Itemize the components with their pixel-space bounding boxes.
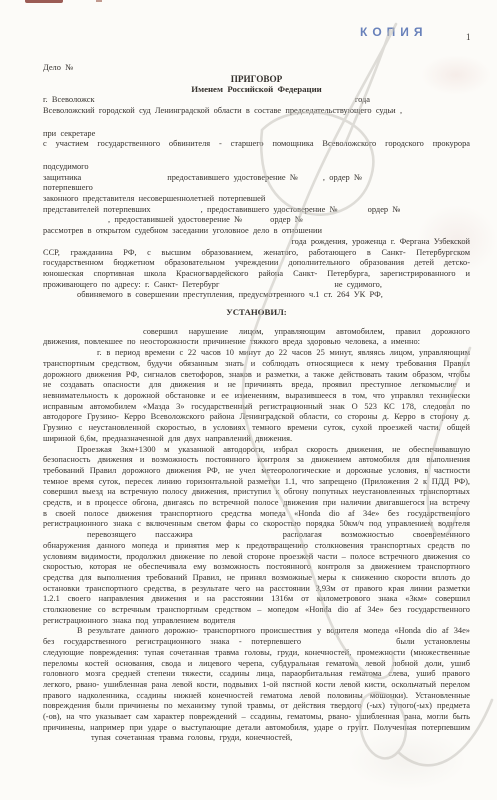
paragraph-violation-details: Проезжая 3км+1300 м указанной автодороги… [43,445,470,627]
scan-artifact-dot [96,0,102,2]
spacer [43,117,470,129]
redacted-name-gap [43,739,91,740]
city-label: г. Всеволожск [43,95,95,106]
city-date-line: г. Всеволожск года [43,95,470,106]
defender-line: защитникапредоставившего удостоверение №… [43,173,470,184]
spacer [43,150,470,162]
redacted-name-gap [81,179,167,180]
paragraph-offense-summary: совершил нарушение лицом, управляющим ав… [43,327,470,348]
redacted-name-gap [43,536,87,537]
defendant-label: подсудимого [43,162,470,173]
legal-representative-line: законного представителя несовершеннолетн… [43,194,470,205]
copy-stamp: КОПИЯ [360,25,428,39]
defender-label: защитника [43,173,81,182]
document-body: Дело № ПРИГОВОР Именем Российской Федера… [43,63,470,744]
violation-text-a: Проезжая 3км+1300 м указанной автодороги… [43,445,470,529]
paragraph-injuries: В результате данного дорожно- транспортн… [43,626,470,744]
order-label: , ордер № [323,173,362,182]
redacted-name-gap [301,643,396,644]
court-line: Всеволожский городской суд Ленинградской… [43,106,470,117]
year-word: года [355,95,370,106]
paragraph-incident-details: г. в период времени с 22 часов 10 минут … [43,348,470,444]
certificate-label: предоставившего удостоверение № [167,173,298,182]
biography-text: ССР, гражданина РФ, с высшим образование… [43,248,470,289]
order-label: ордер № [270,215,303,224]
victim-label: потерпевшего [43,183,470,194]
birth-line: года рождения, уроженца г. Фергана Узбек… [43,237,470,248]
secretary-line: при секретаре [43,129,470,140]
prosecutor-line: с участием государственного обвинителя -… [43,139,470,150]
case-number-label: Дело № [43,63,470,74]
scan-artifact-red-mark [25,0,63,3]
not-convicted-text: не судимого, [334,280,382,289]
considered-line: рассмотрев в открытом судебном заседании… [43,226,470,237]
victims-representatives-line: представителей потерпевших, предоставивш… [43,205,470,216]
resolved-heading: УСТАНОВИЛ: [43,307,470,318]
redacted-number-gap [298,179,323,180]
accusation-line: обвиняемого в совершении преступления, п… [77,290,470,301]
redacted-number-gap [242,221,270,222]
redacted-number-gap [338,211,368,212]
page-number: 1 [466,32,471,42]
biography-paragraph: ССР, гражданина РФ, с высшим образование… [43,248,470,291]
second-representative-line: , предоставившей удостоверение №ордер № [108,215,470,226]
injuries-text-b: были установлены следующие повреждения: … [43,637,470,732]
injuries-text-c: тупая сочетанная травма головы, груди, к… [91,733,292,742]
document-title: ПРИГОВОР [43,74,470,85]
document-subtitle: Именем Российской Федерации [43,84,470,95]
violation-text-c: располагая возможностью своевременного о… [43,530,470,625]
violation-text-b: перевозящего пассажира [87,530,193,539]
redacted-name-gap [151,211,201,212]
reps-label: представителей потерпевших [43,205,151,214]
certificate-label: , предоставившей удостоверение № [108,215,242,224]
certificate-label: , предоставившего удостоверение № [201,205,338,214]
redacted-name-gap [193,536,283,537]
scanned-court-document: КОПИЯ 1 Дело № ПРИГОВОР Именем Российско… [0,0,497,800]
redacted-address-gap [219,286,334,287]
order-label: ордер № [368,205,401,214]
